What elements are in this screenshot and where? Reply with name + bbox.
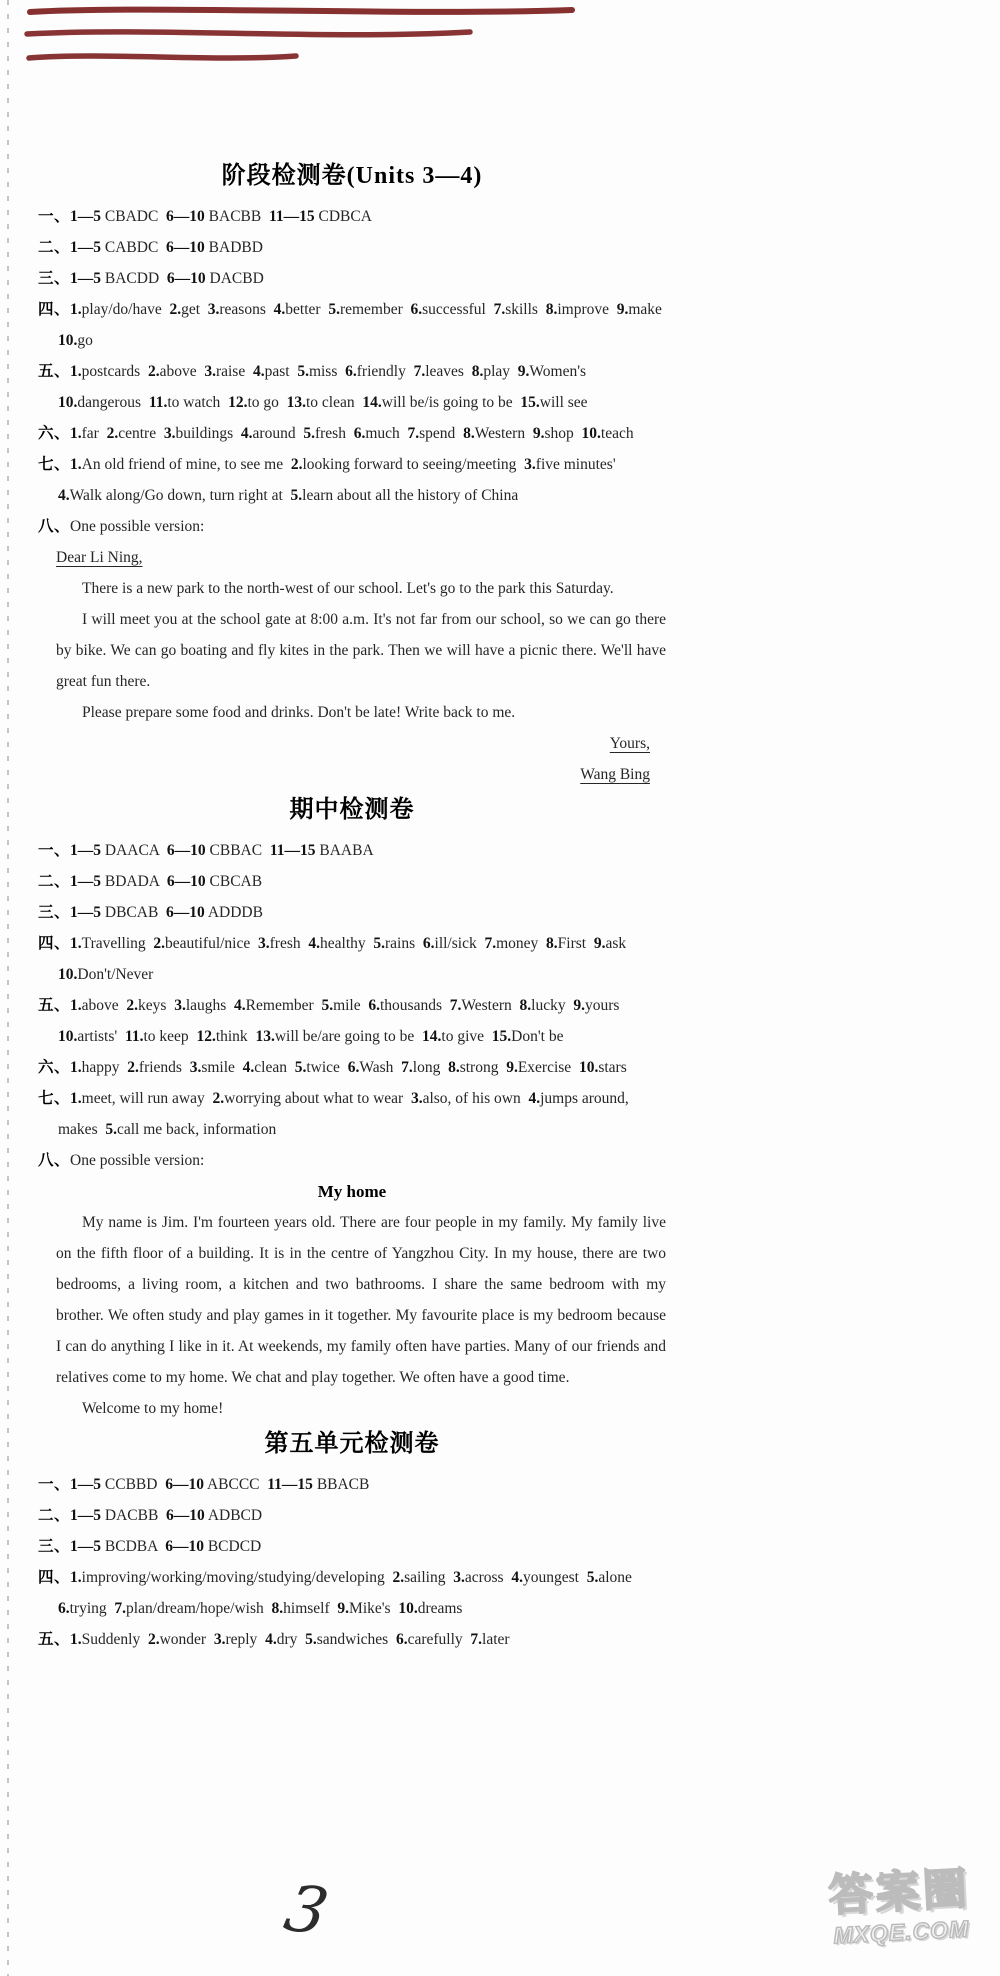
model-essay: My home My name is Jim. I'm fourteen yea… — [38, 1176, 666, 1424]
model-letter: Dear Li Ning, There is a new park to the… — [38, 542, 666, 790]
answer-line: 二、1—5 BDADA 6—10 CBCAB — [38, 866, 666, 897]
answer-line: 二、1—5 DACBB 6—10 ADBCD — [38, 1500, 666, 1531]
answer-line: 六、1.far 2.centre 3.buildings 4.around 5.… — [38, 418, 666, 449]
answer-key-content: 阶段检测卷(Units 3—4) 一、1—5 CBADC 6—10 BACBB … — [38, 156, 666, 1655]
handwritten-page-number: 3 — [279, 1874, 334, 1948]
letter-salutation: Dear Li Ning, — [56, 542, 666, 573]
answer-line: 七、1.An old friend of mine, to see me 2.l… — [38, 449, 666, 511]
letter-signoff: Yours, — [38, 728, 666, 759]
essay-paragraph: My name is Jim. I'm fourteen years old. … — [56, 1207, 666, 1393]
answer-line: 二、1—5 CABDC 6—10 BADBD — [38, 232, 666, 263]
answer-line: 三、1—5 DBCAB 6—10 ADDDB — [38, 897, 666, 928]
exam-section-units-3-4: 阶段检测卷(Units 3—4) 一、1—5 CBADC 6—10 BACBB … — [38, 159, 666, 790]
letter-paragraph: Please prepare some food and drinks. Don… — [56, 697, 666, 728]
answer-line: 八、One possible version: — [38, 511, 666, 542]
exam-title-midterm: 期中检测卷 — [38, 793, 666, 827]
scanned-answer-page: 阶段检测卷(Units 3—4) 一、1—5 CBADC 6—10 BACBB … — [0, 0, 1000, 1976]
exam-title-units-3-4: 阶段检测卷(Units 3—4) — [38, 159, 666, 193]
exam-title-unit-5: 第五单元检测卷 — [38, 1427, 666, 1461]
letter-paragraph: I will meet you at the school gate at 8:… — [56, 604, 666, 697]
answer-line: 六、1.happy 2.friends 3.smile 4.clean 5.tw… — [38, 1052, 666, 1083]
answer-line: 五、1.postcards 2.above 3.raise 4.past 5.m… — [38, 356, 666, 418]
letter-paragraphs: There is a new park to the north-west of… — [56, 573, 666, 728]
essay-paragraph: Welcome to my home! — [56, 1393, 666, 1424]
answer-line: 四、1.Travelling 2.beautiful/nice 3.fresh … — [38, 928, 666, 990]
letter-signature: Wang Bing — [38, 759, 666, 790]
answer-line: 五、1.above 2.keys 3.laughs 4.Remember 5.m… — [38, 990, 666, 1052]
watermark-logo-text: 答案圈 — [798, 1863, 1000, 1923]
answer-line: 五、1.Suddenly 2.wonder 3.reply 4.dry 5.sa… — [38, 1624, 666, 1655]
answer-list-unit-5: 一、1—5 CCBBD 6—10 ABCCC 11—15 BBACB 二、1—5… — [38, 1469, 666, 1655]
answer-line: 三、1—5 BCDBA 6—10 BCDCD — [38, 1531, 666, 1562]
answer-line: 七、1.meet, will run away 2.worrying about… — [38, 1083, 666, 1145]
watermark: 答案圈 MXQE.COM — [798, 1863, 1000, 1951]
answer-line: 八、One possible version: — [38, 1145, 666, 1176]
essay-title: My home — [38, 1176, 666, 1207]
letter-paragraph: There is a new park to the north-west of… — [56, 573, 666, 604]
exam-section-unit-5: 第五单元检测卷 一、1—5 CCBBD 6—10 ABCCC 11—15 BBA… — [38, 1427, 666, 1655]
left-perforation-edge — [7, 0, 9, 1976]
answer-line: 一、1—5 CBADC 6—10 BACBB 11—15 CDBCA — [38, 201, 666, 232]
letter-body: Dear Li Ning, There is a new park to the… — [56, 542, 666, 728]
answer-line: 四、1.improving/working/moving/studying/de… — [38, 1562, 666, 1624]
essay-body: My name is Jim. I'm fourteen years old. … — [56, 1207, 666, 1424]
answer-line: 一、1—5 CCBBD 6—10 ABCCC 11—15 BBACB — [38, 1469, 666, 1500]
answer-list-units-3-4: 一、1—5 CBADC 6—10 BACBB 11—15 CDBCA 二、1—5… — [38, 201, 666, 542]
answer-list-midterm: 一、1—5 DAACA 6—10 CBBAC 11—15 BAABA 二、1—5… — [38, 835, 666, 1176]
answer-line: 一、1—5 DAACA 6—10 CBBAC 11—15 BAABA — [38, 835, 666, 866]
answer-line: 四、1.play/do/have 2.get 3.reasons 4.bette… — [38, 294, 666, 356]
answer-line: 三、1—5 BACDD 6—10 DACBD — [38, 263, 666, 294]
exam-section-midterm: 期中检测卷 一、1—5 DAACA 6—10 CBBAC 11—15 BAABA… — [38, 793, 666, 1424]
red-pen-marks — [24, 2, 584, 68]
